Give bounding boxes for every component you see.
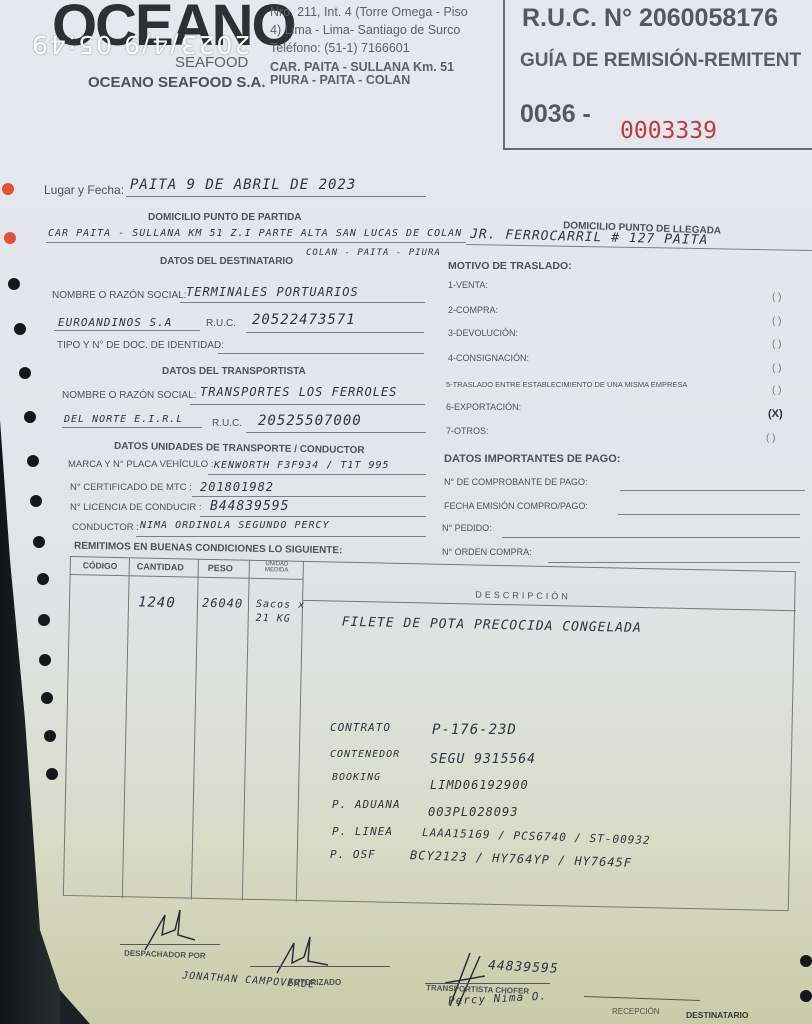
plant-address-2: PIURA - PAITA - COLAN: [270, 73, 410, 87]
detail-label: P. OSF: [330, 848, 376, 861]
dispatcher-label: DESPACHADOR POR: [124, 949, 206, 961]
vehicle-section-title: DATOS UNIDADES DE TRANSPORTE / CONDUCTOR: [114, 441, 365, 456]
place-date-value: PAITA 9 DE ABRIL DE 2023: [130, 177, 356, 193]
row-weight: 26040: [202, 596, 243, 611]
row-unit-1: Sacos x: [256, 599, 305, 611]
field-underline: [246, 432, 426, 433]
perforation-hole: [44, 730, 56, 742]
payment-field-label: N° DE COMPROBANTE DE PAGO:: [444, 477, 587, 487]
ruc-number: R.U.C. N° 2060058176: [522, 4, 778, 33]
field-underline: [246, 332, 424, 333]
reason-checkbox[interactable]: ( ): [772, 385, 781, 396]
detail-value: P-176-23D: [432, 722, 517, 738]
header-weight: PESO: [208, 563, 233, 574]
company-name: OCEANO SEAFOOD S.A.: [88, 74, 266, 91]
recipient-ruc-label: R.U.C.: [206, 318, 236, 329]
reason-option-label: 2-COMPRA:: [448, 305, 498, 315]
perforation-hole: [8, 278, 20, 290]
reason-checkbox[interactable]: ( ): [766, 433, 775, 444]
field-underline: [200, 516, 426, 517]
recipient-id-field: [218, 353, 424, 354]
payment-field-label: N° ORDEN COMPRA:: [442, 547, 532, 557]
reason-option-label: 7-OTROS:: [446, 426, 489, 436]
carrier-name-value-2: DEL NORTE E.I.R.L: [64, 414, 183, 425]
license-value: B44839595: [210, 499, 289, 514]
origin-value-2: COLAN - PAITA - PIURA: [306, 248, 441, 258]
authorized-signature: [272, 935, 332, 975]
payment-title: DATOS IMPORTANTES DE PAGO:: [444, 453, 620, 465]
recipient-name-value-1: TERMINALES PORTUARIOS: [186, 285, 359, 299]
detail-label: P. LINEA: [332, 825, 393, 838]
field-underline: [190, 404, 425, 405]
plant-address-1: CAR. PAITA - SULLANA Km. 51: [270, 60, 454, 74]
detail-label: BOOKING: [332, 772, 381, 783]
reason-checkbox[interactable]: ( ): [772, 316, 781, 327]
detail-label: P. ADUANA: [332, 798, 401, 811]
payment-field-label: N° PEDIDO:: [442, 523, 492, 533]
detail-value: 003PL028093: [428, 805, 518, 819]
transfer-reason-title: MOTIVO DE TRASLADO:: [448, 260, 572, 272]
detail-value: SEGU 9315564: [430, 752, 536, 767]
recipient-id-label: TIPO Y N° DE DOC. DE IDENTIDAD:: [57, 340, 224, 351]
mtc-label: N° CERTIFICADO DE MTC :: [70, 482, 192, 493]
company-phone: Teléfono: (51-1) 7166601: [270, 41, 410, 55]
signature-line: [120, 944, 220, 945]
recipient-name-label: NOMBRE O RAZÓN SOCIAL:: [52, 290, 186, 301]
payment-field-input[interactable]: [620, 490, 805, 491]
header-code: CÓDIGO: [83, 560, 118, 571]
dispatcher-signature: [140, 905, 200, 955]
header-quantity: CANTIDAD: [137, 561, 184, 572]
row-unit-2: 21 KG: [256, 613, 291, 625]
perforation-hole: [19, 367, 31, 379]
driver-note: 44839595: [488, 958, 559, 977]
header-unit: UNIDAD MEDIDA: [257, 561, 297, 574]
remission-guide-document: OCEANO SEAFOOD OCEANO SEAFOOD S.A. 2023/…: [0, 0, 812, 1024]
reason-option-label: 1-VENTA:: [448, 280, 488, 290]
payment-field-input[interactable]: [618, 514, 800, 515]
place-date-label: Lugar y Fecha:: [44, 183, 124, 197]
signature-line: [250, 966, 390, 967]
perforation-hole: [2, 183, 14, 195]
row-quantity: 1240: [138, 594, 176, 611]
reason-checkbox-checked[interactable]: (X): [768, 408, 783, 420]
carrier-ruc-value: 20525507000: [258, 413, 362, 429]
field-underline: [62, 427, 202, 428]
document-series: 0036 -: [520, 100, 591, 129]
field-underline: [192, 496, 426, 497]
company-address-2: 4) Lima - Lima- Santiago de Surco: [270, 23, 460, 37]
perforation-hole: [30, 495, 42, 507]
header-description: DESCRIPCIÓN: [475, 589, 571, 601]
perforation-hole: [27, 455, 39, 467]
reason-option-label: 5-TRASLADO ENTRE ESTABLECIMIENTO DE UNA …: [446, 380, 687, 389]
origin-label: DOMICILIO PUNTO DE PARTIDA: [148, 212, 302, 223]
reception-label: RECEPCIÓN: [612, 1007, 660, 1016]
company-address-1: Nro. 211, Int. 4 (Torre Omega - Piso: [270, 5, 468, 19]
field-underline: [208, 474, 426, 475]
recipient-ruc-value: 20522473571: [252, 312, 356, 328]
photo-timestamp: 2023/4/9 05:49: [30, 30, 250, 59]
reason-checkbox[interactable]: ( ): [772, 339, 781, 350]
field-underline: [54, 330, 200, 331]
perforation-hole: [41, 692, 53, 704]
field-underline: [180, 302, 425, 303]
detail-value: LIMD06192900: [430, 778, 529, 792]
document-number: 0003339: [620, 118, 717, 144]
perforation-hole: [39, 654, 51, 666]
perforation-hole: [37, 573, 49, 585]
perforation-hole: [24, 411, 36, 423]
recipient-label: DESTINATARIO: [686, 1010, 749, 1020]
signature-line: [584, 996, 700, 1001]
mtc-value: 201801982: [200, 480, 274, 494]
detail-label: CONTENEDOR: [330, 749, 400, 760]
vehicle-plate-value: KENWORTH F3F934 / T1T 995: [214, 460, 390, 471]
recipient-section-title: DATOS DEL DESTINATARIO: [160, 256, 293, 267]
carrier-name-label: NOMBRE O RAZÓN SOCIAL:: [62, 390, 196, 401]
carrier-section-title: DATOS DEL TRANSPORTISTA: [162, 366, 306, 377]
field-underline: [136, 536, 426, 537]
field-underline: [126, 196, 426, 197]
payment-field-label: FECHA EMISIÓN COMPRO/PAGO:: [444, 501, 588, 511]
reason-checkbox[interactable]: ( ): [772, 363, 781, 374]
detail-label: CONTRATO: [330, 721, 391, 734]
recipient-name-value-2: EUROANDINOS S.A: [58, 316, 172, 329]
carrier-name-value-1: TRANSPORTES LOS FERROLES: [200, 385, 397, 399]
document-title: GUÍA DE REMISIÓN-REMITENT: [520, 50, 801, 72]
perforation-hole: [800, 955, 812, 967]
reason-checkbox[interactable]: ( ): [772, 292, 781, 303]
reason-option-label: 6-EXPORTACIÓN:: [446, 402, 521, 412]
field-underline: [46, 242, 466, 243]
driver-label: CONDUCTOR :: [72, 522, 139, 533]
perforation-hole: [4, 232, 16, 244]
perforation-hole: [33, 536, 45, 548]
perforation-hole: [800, 990, 812, 1002]
license-label: N° LICENCIA DE CONDUCIR :: [70, 502, 202, 513]
payment-field-input[interactable]: [502, 537, 800, 538]
perforation-hole: [14, 323, 26, 335]
origin-value: CAR PAITA - SULLANA KM 51 Z.I PARTE ALTA…: [48, 228, 462, 239]
perforation-hole: [46, 768, 58, 780]
row-description: FILETE DE POTA PRECOCIDA CONGELADA: [342, 615, 642, 636]
reason-option-label: 3-DEVOLUCIÓN:: [448, 328, 518, 338]
payment-field-input[interactable]: [548, 562, 800, 563]
authorized-label: AUTORIZADO: [288, 978, 341, 987]
vehicle-plate-label: MARCA Y N° PLACA VEHÍCULO :: [68, 459, 213, 470]
reason-option-label: 4-CONSIGNACIÓN:: [448, 353, 529, 363]
perforation-hole: [38, 614, 50, 626]
carrier-ruc-label: R.U.C.: [212, 418, 242, 429]
goods-title: REMITIMOS EN BUENAS CONDICIONES LO SIGUI…: [74, 541, 343, 557]
driver-value: NIMA ORDINOLA SEGUNDO PERCY: [140, 520, 330, 531]
